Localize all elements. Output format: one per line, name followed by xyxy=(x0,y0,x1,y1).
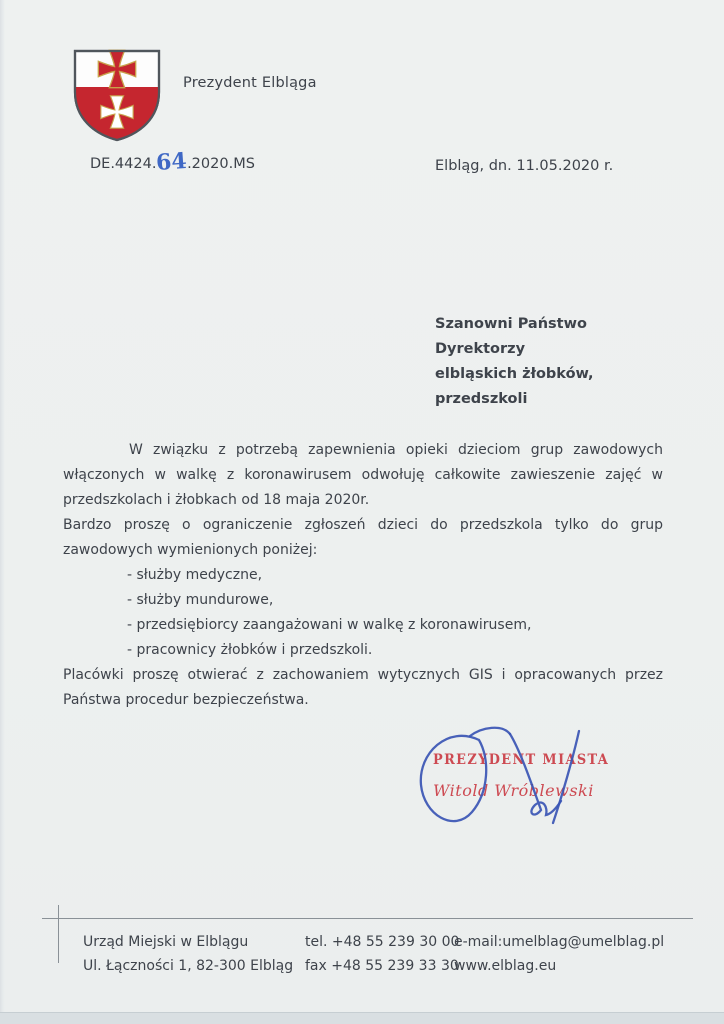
body-paragraph-2: Bardzo proszę o ograniczenie zgłoszeń dz… xyxy=(63,513,663,563)
footer-address: Ul. Łączności 1, 82-300 Elbląg xyxy=(83,954,293,978)
addressee-line: Szanowni Państwo xyxy=(435,312,594,337)
body-paragraph-3: Placówki proszę otwierać z zachowaniem w… xyxy=(63,663,663,713)
addressee-line: Dyrektorzy xyxy=(435,337,594,362)
list-item: - służby medyczne, xyxy=(63,563,663,588)
footer-fax: fax +48 55 239 33 30 xyxy=(305,954,459,978)
footer-divider-tick xyxy=(58,905,59,963)
list-item: - przedsiębiorcy zaangażowani w walkę z … xyxy=(63,613,663,638)
scanned-letter-page: Prezydent Elbląga DE.4424.64.2020.MS Elb… xyxy=(0,0,724,1024)
letter-date: Elbląg, dn. 11.05.2020 r. xyxy=(435,158,613,174)
footer-phone-block: tel. +48 55 239 30 00 fax +48 55 239 33 … xyxy=(305,930,459,978)
signature-ink xyxy=(410,715,610,845)
reference-number: DE.4424.64.2020.MS xyxy=(90,156,255,172)
footer-tel: tel. +48 55 239 30 00 xyxy=(305,930,459,954)
footer-org-name: Urząd Miejski w Elblągu xyxy=(83,930,293,954)
footer-divider xyxy=(42,918,693,919)
letter-body: W związku z potrzebą zapewnienia opieki … xyxy=(63,438,663,713)
addressee-line: przedszkoli xyxy=(435,387,594,412)
footer-website: www.elblag.eu xyxy=(454,954,664,978)
elblag-coat-of-arms-icon xyxy=(70,46,164,146)
scan-edge-bottom xyxy=(0,1012,724,1024)
body-paragraph-1: W związku z potrzebą zapewnienia opieki … xyxy=(63,438,663,513)
scan-edge-left xyxy=(0,0,5,1024)
footer-web-block: e-mail:umelblag@umelblag.pl www.elblag.e… xyxy=(454,930,664,978)
ref-suffix: .2020.MS xyxy=(187,156,255,172)
list-item: - służby mundurowe, xyxy=(63,588,663,613)
addressee-line: elbląskich żłobków, xyxy=(435,362,594,387)
footer-email: e-mail:umelblag@umelblag.pl xyxy=(454,930,664,954)
list-item: - pracownicy żłobków i przedszkoli. xyxy=(63,638,663,663)
ref-prefix: DE.4424. xyxy=(90,156,156,172)
handwritten-case-number: 64 xyxy=(157,161,188,163)
org-title: Prezydent Elbląga xyxy=(183,75,317,91)
footer-org-block: Urząd Miejski w Elblągu Ul. Łączności 1,… xyxy=(83,930,293,978)
addressee-block: Szanowni Państwo Dyrektorzy elbląskich ż… xyxy=(435,312,594,412)
